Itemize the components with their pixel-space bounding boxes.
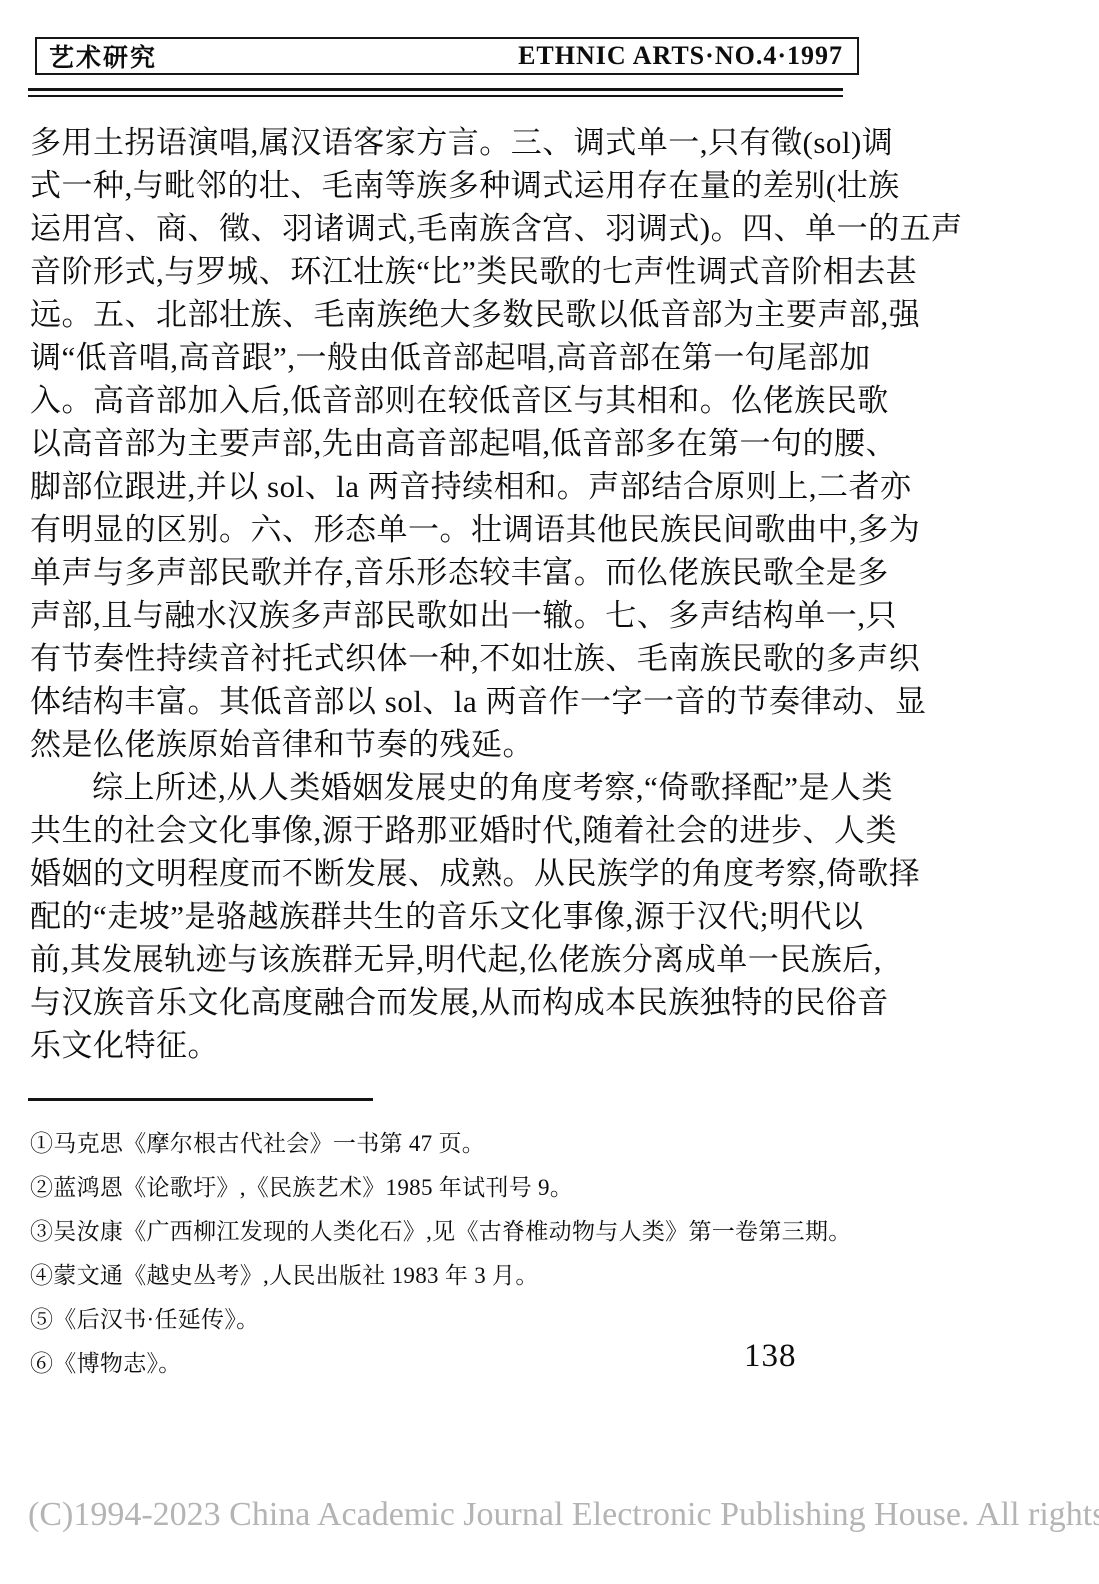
scanned-journal-page: 艺术研究 ETHNIC ARTS·NO.4·1997 多用土拐语演唱,属汉语客家… bbox=[0, 0, 1099, 1584]
footnote-line: ④蒙文通《越史丛考》,人民出版社 1983 年 3 月。 bbox=[30, 1254, 1080, 1298]
body-line: 脚部位跟进,并以 sol、la 两音持续相和。声部结合原则上,二者亦 bbox=[30, 465, 844, 508]
body-line: 共生的社会文化事像,源于路那亚婚时代,随着社会的进步、人类 bbox=[30, 809, 844, 852]
page-number: 138 bbox=[744, 1338, 797, 1375]
body-line: 前,其发展轨迹与该族群无异,明代起,仫佬族分离成单一民族后, bbox=[30, 938, 844, 981]
body-line: 运用宫、商、徵、羽诸调式,毛南族含宫、羽调式)。四、单一的五声 bbox=[30, 207, 844, 250]
body-line: 式一种,与毗邻的壮、毛南等族多种调式运用存在量的差别(壮族 bbox=[30, 164, 844, 207]
footnote-line: ⑤《后汉书·任延传》。 bbox=[30, 1298, 1080, 1342]
footnote-line: ②蓝鸿恩《论歌圩》,《民族艺术》1985 年试刊号 9。 bbox=[30, 1166, 1080, 1210]
body-line: 音阶形式,与罗城、环江壮族“比”类民歌的七声性调式音阶相去甚 bbox=[30, 250, 844, 293]
paragraph: 综上所述,从人类婚姻发展史的角度考察,“倚歌择配”是人类共生的社会文化事像,源于… bbox=[30, 766, 844, 1067]
article-body: 多用土拐语演唱,属汉语客家方言。三、调式单一,只有徵(sol)调式一种,与毗邻的… bbox=[30, 121, 844, 1067]
footnote-line: ③吴汝康《广西柳江发现的人类化石》,见《古脊椎动物与人类》第一卷第三期。 bbox=[30, 1210, 1080, 1254]
body-line: 声部,且与融水汉族多声部民歌如出一辙。七、多声结构单一,只 bbox=[30, 594, 844, 637]
journal-title-chinese: 艺术研究 bbox=[49, 38, 157, 74]
body-line: 以高音部为主要声部,先由高音部起唱,低音部多在第一句的腰、 bbox=[30, 422, 844, 465]
footnote-line: ①马克思《摩尔根古代社会》一书第 47 页。 bbox=[30, 1122, 1080, 1166]
body-line: 多用土拐语演唱,属汉语客家方言。三、调式单一,只有徵(sol)调 bbox=[30, 121, 844, 164]
paragraph: 多用土拐语演唱,属汉语客家方言。三、调式单一,只有徵(sol)调式一种,与毗邻的… bbox=[30, 121, 844, 766]
footnotes-block: ①马克思《摩尔根古代社会》一书第 47 页。②蓝鸿恩《论歌圩》,《民族艺术》19… bbox=[30, 1122, 1080, 1386]
page-header: 艺术研究 ETHNIC ARTS·NO.4·1997 bbox=[35, 37, 859, 75]
body-line: 有明显的区别。六、形态单一。壮调语其他民族民间歌曲中,多为 bbox=[30, 508, 844, 551]
body-line: 乐文化特征。 bbox=[30, 1024, 844, 1067]
journal-title-english-issue: ETHNIC ARTS·NO.4·1997 bbox=[518, 41, 843, 71]
footnote-separator-rule bbox=[28, 1098, 373, 1101]
footnote-line: ⑥《博物志》。 bbox=[30, 1342, 1080, 1386]
body-line: 有节奏性持续音衬托式织体一种,不如壮族、毛南族民歌的多声织 bbox=[30, 637, 844, 680]
header-double-rule bbox=[28, 88, 843, 97]
body-line: 婚姻的文明程度而不断发展、成熟。从民族学的角度考察,倚歌择 bbox=[30, 852, 844, 895]
body-line: 然是仫佬族原始音律和节奏的残延。 bbox=[30, 723, 844, 766]
body-line: 配的“走坡”是骆越族群共生的音乐文化事像,源于汉代;明代以 bbox=[30, 895, 844, 938]
body-line: 远。五、北部壮族、毛南族绝大多数民歌以低音部为主要声部,强 bbox=[30, 293, 844, 336]
body-line: 与汉族音乐文化高度融合而发展,从而构成本民族独特的民俗音 bbox=[30, 981, 844, 1024]
publisher-watermark: (C)1994-2023 China Academic Journal Elec… bbox=[28, 1496, 1099, 1534]
body-line: 入。高音部加入后,低音部则在较低音区与其相和。仫佬族民歌 bbox=[30, 379, 844, 422]
body-line: 体结构丰富。其低音部以 sol、la 两音作一字一音的节奏律动、显 bbox=[30, 680, 844, 723]
body-line: 单声与多声部民歌并存,音乐形态较丰富。而仫佬族民歌全是多 bbox=[30, 551, 844, 594]
body-line: 综上所述,从人类婚姻发展史的角度考察,“倚歌择配”是人类 bbox=[30, 766, 844, 809]
body-line: 调“低音唱,高音跟”,一般由低音部起唱,高音部在第一句尾部加 bbox=[30, 336, 844, 379]
